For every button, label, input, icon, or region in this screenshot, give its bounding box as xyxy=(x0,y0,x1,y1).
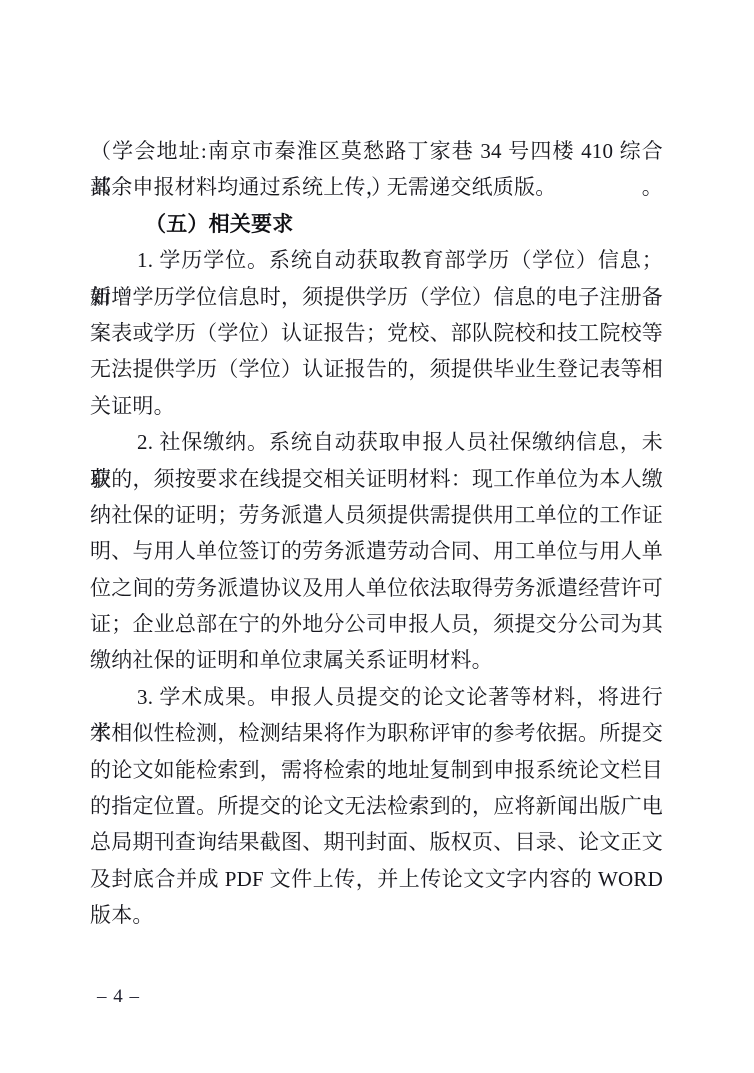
text-line: 术相似性检测，检测结果将作为职称评审的参考依据。所提交 xyxy=(90,715,663,751)
text-line: 关证明。 xyxy=(90,388,663,424)
text-line: 及封底合并成 PDF 文件上传，并上传论文文字内容的 WORD xyxy=(90,861,663,897)
text-line: 总局期刊查询结果截图、期刊封面、版权页、目录、论文正文 xyxy=(90,824,663,860)
text-line: 3. 学术成果。申报人员提交的论文论著等材料，将进行学 xyxy=(90,679,663,715)
text-line: 案表或学历（学位）认证报告；党校、部队院校和技工院校等 xyxy=(90,315,663,351)
page-number: – 4 – xyxy=(97,986,140,1008)
text-line: （学会地址:南京市秦淮区莫愁路丁家巷 34 号四楼 410 综合部）。 xyxy=(90,133,663,169)
text-line: 缴纳社保的证明和单位隶属关系证明材料。 xyxy=(90,642,663,678)
text-line: 证；企业总部在宁的外地分公司申报人员，须提交分公司为其 xyxy=(90,606,663,642)
text-line: 的论文如能检索到，需将检索的地址复制到申报系统论文栏目 xyxy=(90,752,663,788)
text-line: 版本。 xyxy=(90,897,663,933)
section-heading: （五）相关要求 xyxy=(90,206,663,242)
text-line: 的指定位置。所提交的论文无法检索到的，应将新闻出版广电 xyxy=(90,788,663,824)
document-body: （学会地址:南京市秦淮区莫愁路丁家巷 34 号四楼 410 综合部）。 其余申报… xyxy=(90,133,663,934)
text-line: 位之间的劳务派遣协议及用人单位依法取得劳务派遣经营许可 xyxy=(90,570,663,606)
text-line: 无法提供学历（学位）认证报告的，须提供毕业生登记表等相 xyxy=(90,351,663,387)
document-page: （学会地址:南京市秦淮区莫愁路丁家巷 34 号四楼 410 综合部）。 其余申报… xyxy=(0,0,754,1073)
text-line: 1. 学历学位。系统自动获取教育部学历（学位）信息；如 xyxy=(90,242,663,278)
text-line: 明、与用人单位签订的劳务派遣劳动合同、用工单位与用人单 xyxy=(90,533,663,569)
text-line: 新增学历学位信息时，须提供学历（学位）信息的电子注册备 xyxy=(90,279,663,315)
text-line: 2. 社保缴纳。系统自动获取申报人员社保缴纳信息，未获 xyxy=(90,424,663,460)
text-line: 纳社保的证明；劳务派遣人员须提供需提供用工单位的工作证 xyxy=(90,497,663,533)
text-line: 取的，须按要求在线提交相关证明材料：现工作单位为本人缴 xyxy=(90,461,663,497)
